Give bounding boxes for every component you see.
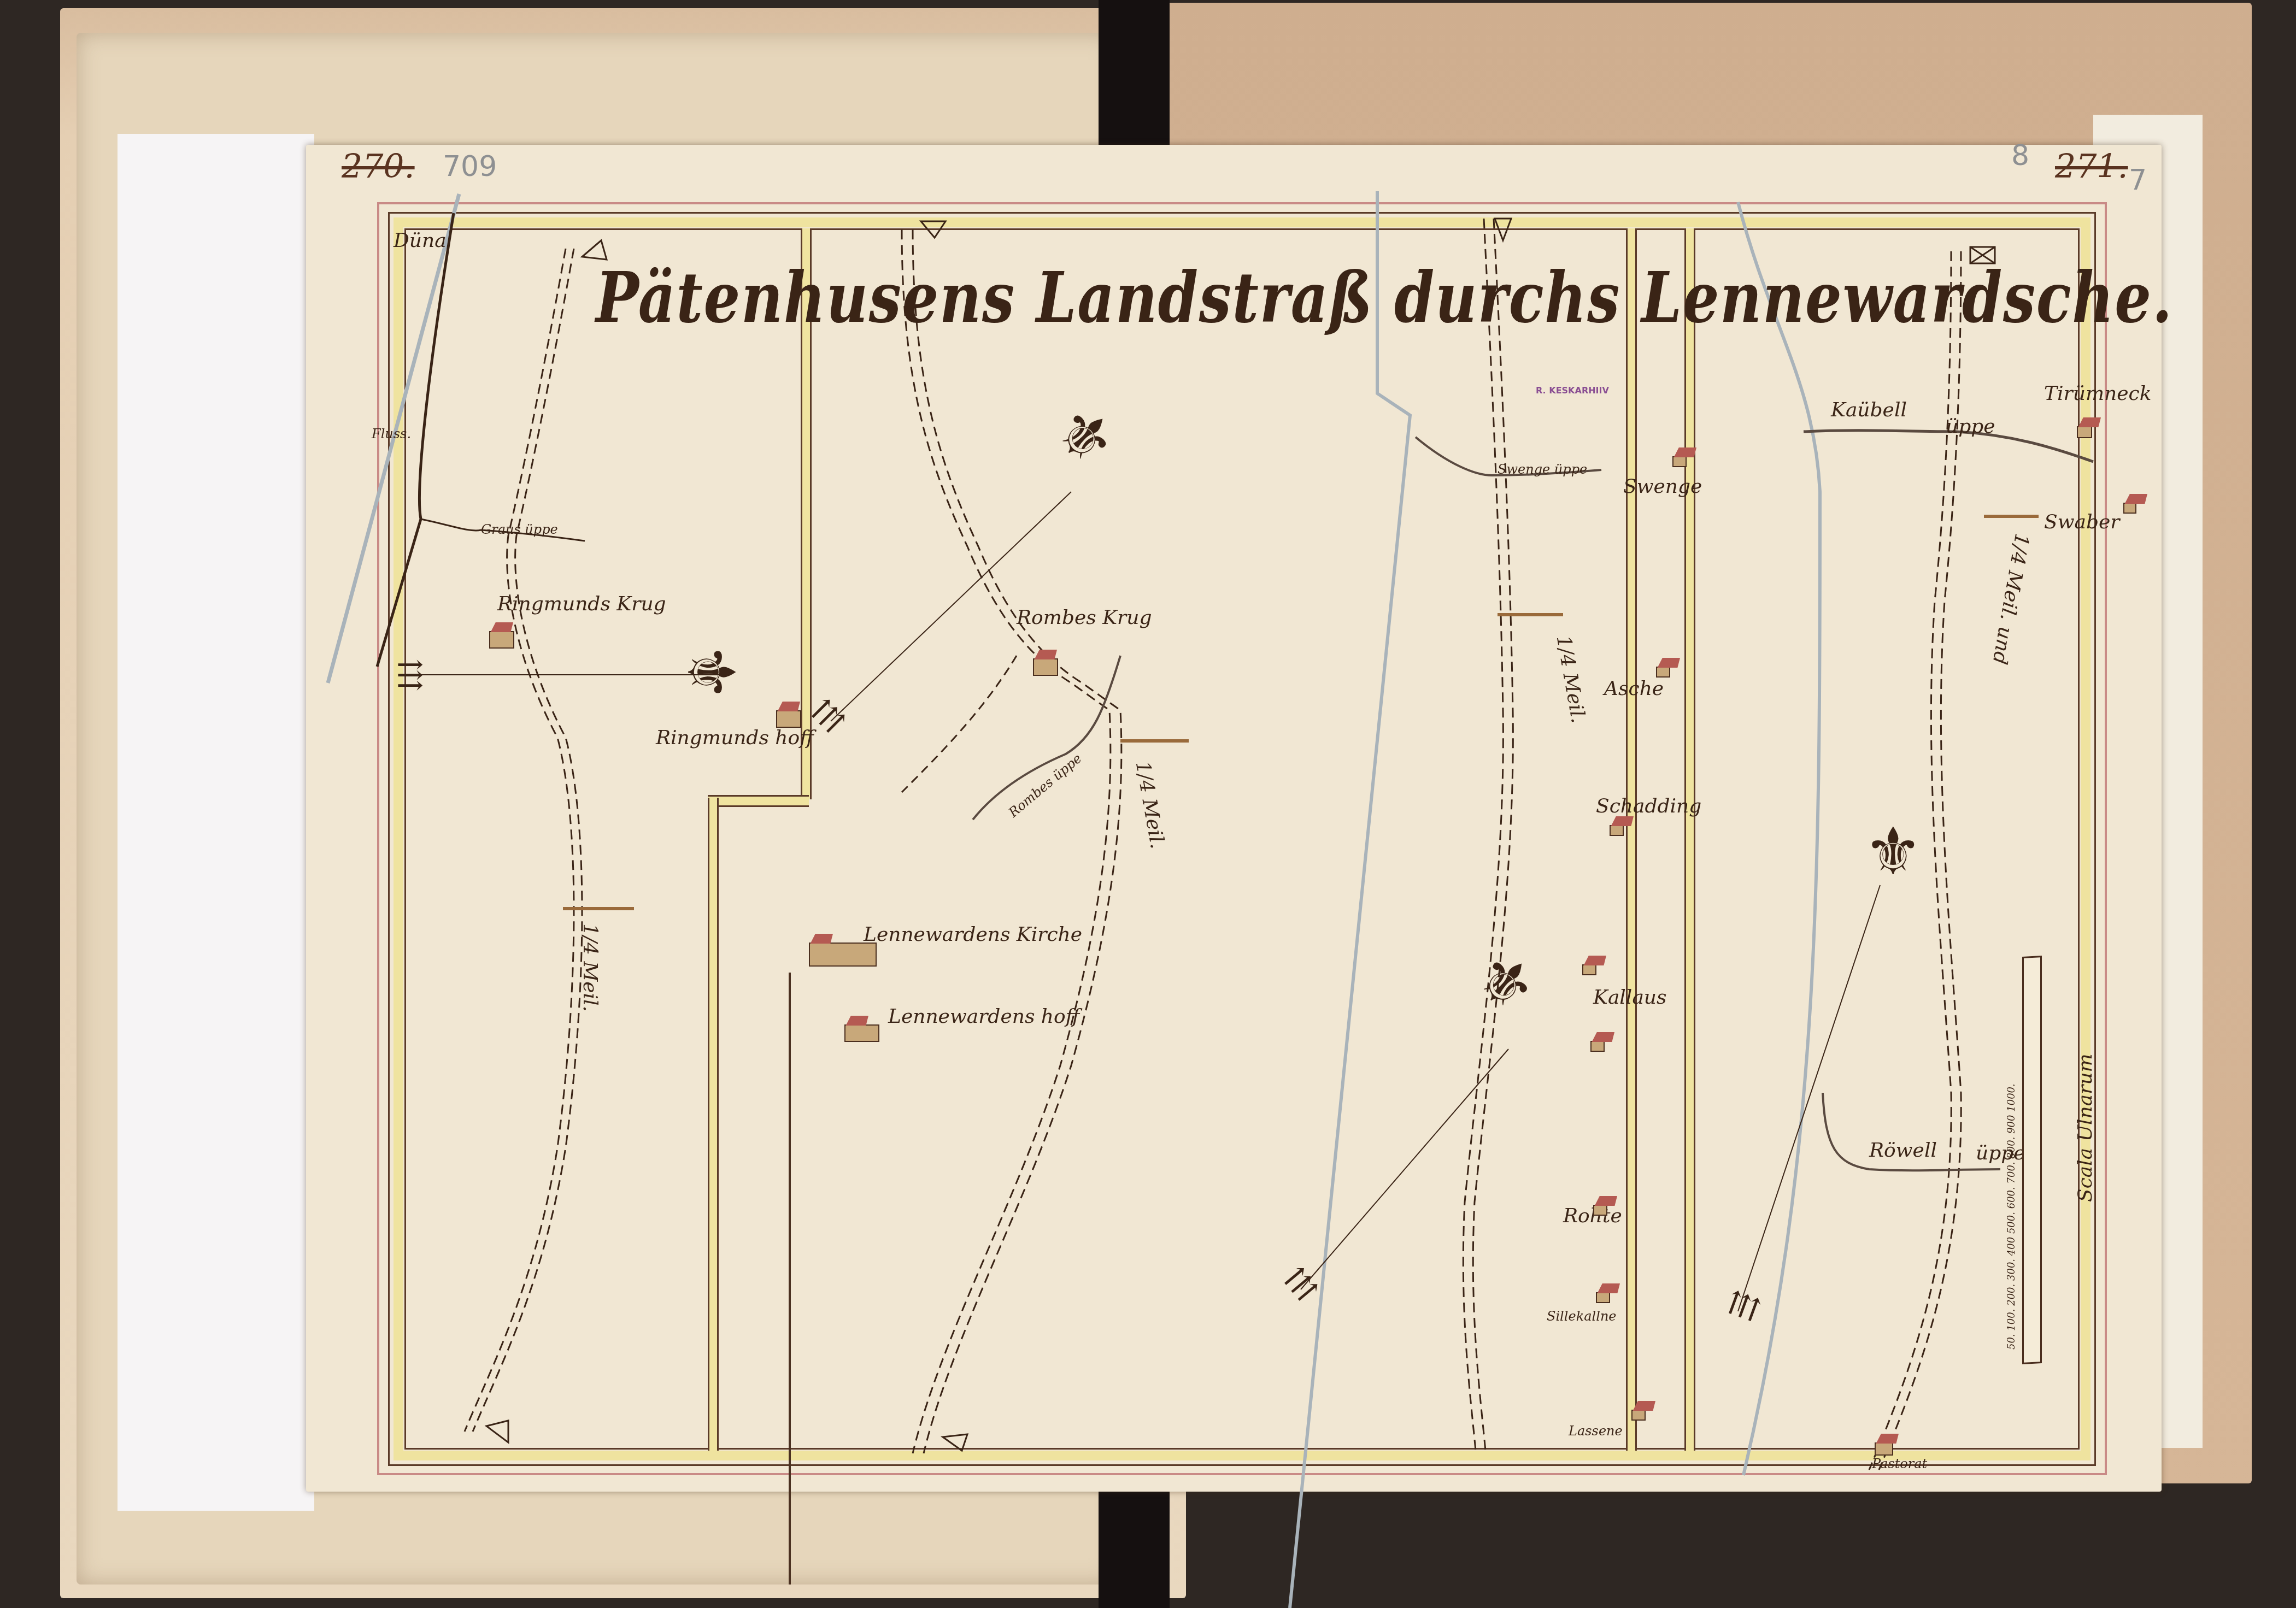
house-icon	[1656, 667, 1670, 678]
house-icon	[844, 1024, 879, 1042]
label-rombes-krug: Rombes Krug	[1017, 606, 1152, 629]
label-rowell-uppe: üppe	[1976, 1142, 2025, 1164]
scale-ticks: 50. 100. 200. 300. 400 500. 600. 700. 80…	[2006, 1083, 2017, 1350]
label-lassene: Lassene	[1569, 1423, 1623, 1439]
scale-tick: 700.	[2006, 1162, 2017, 1183]
label-fluss: Fluss.	[372, 426, 411, 441]
scale-label: Scala Ulnarum	[2074, 1053, 2097, 1202]
house-icon	[1033, 658, 1058, 676]
house-icon	[489, 631, 514, 649]
fleur-de-lis-north-icon: ⚜	[677, 643, 743, 702]
house-icon	[1590, 1041, 1605, 1052]
label-distance-1: 1/4 Meil.	[579, 923, 601, 1012]
house-icon	[1582, 964, 1596, 975]
house-icon	[1631, 1410, 1646, 1421]
label-sillekallne: Sillekallne	[1547, 1309, 1617, 1324]
scale-tick: 50.	[2006, 1334, 2017, 1350]
house-icon	[1610, 825, 1624, 836]
label-rowell: Röwell	[1869, 1139, 1937, 1162]
label-ringmunds-hoff: Ringmunds hoff	[656, 727, 814, 749]
scale-tick: 800.	[2006, 1137, 2017, 1159]
label-kallaus: Kallaus	[1593, 986, 1667, 1009]
arrow-tail-icon: ⇶	[396, 658, 424, 691]
scale-tick: 500.	[2006, 1212, 2017, 1234]
scale-tick: 200.	[2006, 1284, 2017, 1306]
scale-tick: 300.	[2006, 1259, 2017, 1281]
archive-stamp: R. KESKARHIIV	[1536, 385, 1609, 396]
label-tirumneck: Tirümneck	[2044, 382, 2152, 405]
scale-tick: 900	[2006, 1115, 2017, 1133]
label-swenge: Swenge	[1623, 475, 1702, 498]
house-icon	[2077, 426, 2092, 438]
fleur-de-lis-north-icon: ⚜	[1864, 820, 1923, 885]
scale-tick: 1000.	[2006, 1083, 2017, 1112]
label-lennewardens-hoff: Lennewardens hoff	[888, 1005, 1079, 1028]
map-title: Pätenhusens Landstraß durchs Lennewardsc…	[596, 257, 2173, 339]
label-asche: Asche	[1604, 678, 1664, 700]
house-icon	[1875, 1442, 1893, 1456]
label-kaubell-uppe: üppe	[1946, 415, 1995, 438]
label-swenge-uppe: Swenge üppe	[1498, 462, 1587, 477]
label-kaubell: Kaübell	[1831, 399, 1907, 421]
label-graus-uppe: Graus üppe	[481, 522, 558, 537]
church-icon	[809, 943, 877, 967]
house-icon	[2123, 503, 2136, 514]
scale-tick: 100.	[2006, 1309, 2017, 1331]
label-lennewardens-kirche: Lennewardens Kirche	[864, 923, 1082, 946]
label-swaber: Swaber	[2044, 511, 2120, 533]
label-schadding: Schadding	[1596, 795, 1701, 817]
scale-tick: 600.	[2006, 1187, 2017, 1209]
label-duna-river: Düna	[394, 229, 447, 252]
label-pastorat: Pastorat	[1872, 1456, 1927, 1471]
house-icon	[1593, 1205, 1607, 1216]
label-ringmunds-krug: Ringmunds Krug	[497, 593, 666, 615]
house-icon	[1672, 456, 1687, 467]
scale-tick: 400	[2006, 1237, 2017, 1256]
house-icon	[1596, 1292, 1610, 1303]
house-icon	[776, 710, 801, 728]
label-rohte: Rohte	[1563, 1205, 1622, 1227]
scale-bar	[2022, 956, 2042, 1364]
